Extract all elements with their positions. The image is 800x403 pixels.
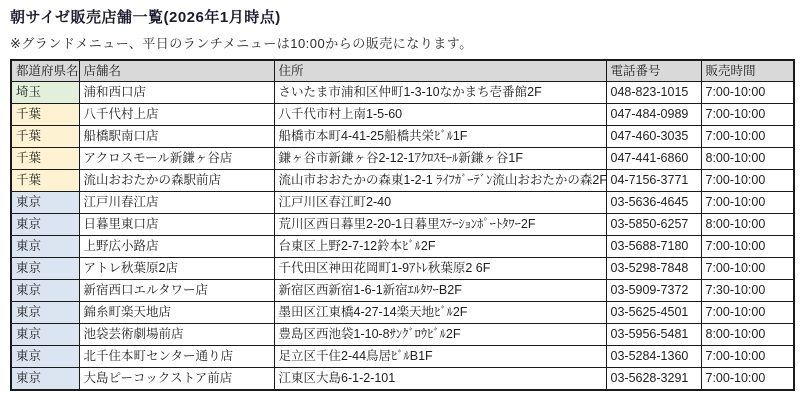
hours-cell: 7:00-10:00 [701, 302, 794, 324]
hours-cell: 7:00-10:00 [701, 236, 794, 258]
store-name-cell: 八千代村上店 [79, 104, 274, 126]
address-cell: 足立区千住2-44鳥居ﾋﾞﾙB1F [274, 346, 606, 368]
store-name-cell: 北千住本町センター通り店 [79, 346, 274, 368]
hours-cell: 8:00-10:00 [701, 324, 794, 346]
table-row: 東京アトレ秋葉原2店千代田区神田花岡町1-9ｱﾄﾚ秋葉原2 6F03-5298-… [11, 258, 794, 280]
hours-cell: 7:00-10:00 [701, 170, 794, 192]
address-cell: 八千代市村上南1-5-60 [274, 104, 606, 126]
column-header-hours: 販売時間 [701, 60, 794, 82]
hours-cell: 7:00-10:00 [701, 368, 794, 391]
phone-cell: 047-484-0989 [606, 104, 701, 126]
store-name-cell: 流山おおたかの森駅前店 [79, 170, 274, 192]
table-row: 東京新宿西口エルタワー店新宿区西新宿1-6-1新宿ｴﾙﾀﾜｰB2F03-5909… [11, 280, 794, 302]
store-name-cell: 錦糸町楽天地店 [79, 302, 274, 324]
prefecture-cell: 東京 [11, 346, 79, 368]
address-cell: 船橋市本町4-41-25船橋共栄ﾋﾞﾙ1F [274, 126, 606, 148]
phone-cell: 03-5298-7848 [606, 258, 701, 280]
hours-cell: 7:00-10:00 [701, 258, 794, 280]
address-cell: 台東区上野2-7-12鈴本ﾋﾞﾙ2F [274, 236, 606, 258]
prefecture-cell: 千葉 [11, 104, 79, 126]
phone-cell: 03-5850-6257 [606, 214, 701, 236]
phone-cell: 03-5636-4645 [606, 192, 701, 214]
prefecture-cell: 東京 [11, 258, 79, 280]
address-cell: 豊島区西池袋1-10-8ｻﾝｸﾞﾛｳﾋﾞﾙ2F [274, 324, 606, 346]
store-name-cell: アトレ秋葉原2店 [79, 258, 274, 280]
store-name-cell: 江戸川春江店 [79, 192, 274, 214]
table-row: 千葉船橋駅南口店船橋市本町4-41-25船橋共栄ﾋﾞﾙ1F047-460-303… [11, 126, 794, 148]
table-row: 東京日暮里東口店荒川区西日暮里2-20-1日暮里ｽﾃｰｼｮﾝﾎﾟｰﾄﾀﾜｰ2F0… [11, 214, 794, 236]
hours-cell: 7:00-10:00 [701, 82, 794, 104]
column-header-phone: 電話番号 [606, 60, 701, 82]
table-body: 埼玉浦和西口店さいたま市浦和区仲町1-3-10なかまち壱番館2F048-823-… [11, 82, 794, 391]
store-name-cell: 大島ピーコックストア前店 [79, 368, 274, 391]
hours-cell: 7:00-10:00 [701, 346, 794, 368]
prefecture-cell: 東京 [11, 368, 79, 391]
table-row: 東京北千住本町センター通り店足立区千住2-44鳥居ﾋﾞﾙB1F03-5284-1… [11, 346, 794, 368]
store-name-cell: 上野広小路店 [79, 236, 274, 258]
prefecture-cell: 千葉 [11, 170, 79, 192]
prefecture-cell: 東京 [11, 280, 79, 302]
phone-cell: 03-5628-3291 [606, 368, 701, 391]
page: 朝サイゼ販売店舗一覧(2026年1月時点) ※グランドメニュー、平日のランチメニ… [0, 0, 800, 403]
phone-cell: 03-5625-4501 [606, 302, 701, 324]
address-cell: 江戸川区春江町2-40 [274, 192, 606, 214]
prefecture-cell: 東京 [11, 192, 79, 214]
phone-cell: 03-5284-1360 [606, 346, 701, 368]
table-row: 千葉八千代村上店八千代市村上南1-5-60047-484-09897:00-10… [11, 104, 794, 126]
table-row: 東京大島ピーコックストア前店江東区大島6-1-2-10103-5628-3291… [11, 368, 794, 391]
phone-cell: 03-5909-7372 [606, 280, 701, 302]
address-cell: 荒川区西日暮里2-20-1日暮里ｽﾃｰｼｮﾝﾎﾟｰﾄﾀﾜｰ2F [274, 214, 606, 236]
store-name-cell: 日暮里東口店 [79, 214, 274, 236]
phone-cell: 03-5688-7180 [606, 236, 701, 258]
address-cell: 新宿区西新宿1-6-1新宿ｴﾙﾀﾜｰB2F [274, 280, 606, 302]
phone-cell: 047-441-6860 [606, 148, 701, 170]
table-row: 東京池袋芸術劇場前店豊島区西池袋1-10-8ｻﾝｸﾞﾛｳﾋﾞﾙ2F03-5956… [11, 324, 794, 346]
table-row: 埼玉浦和西口店さいたま市浦和区仲町1-3-10なかまち壱番館2F048-823-… [11, 82, 794, 104]
address-cell: 鎌ヶ谷市新鎌ヶ谷2-12-1ｱｸﾛｽﾓｰﾙ新鎌ヶ谷1F [274, 148, 606, 170]
phone-cell: 04-7156-3771 [606, 170, 701, 192]
hours-cell: 7:00-10:00 [701, 104, 794, 126]
store-name-cell: 船橋駅南口店 [79, 126, 274, 148]
store-name-cell: 浦和西口店 [79, 82, 274, 104]
prefecture-cell: 千葉 [11, 148, 79, 170]
hours-cell: 8:00-10:00 [701, 214, 794, 236]
table-row: 千葉流山おおたかの森駅前店流山市おおたかの森東1-2-1 ﾗｲﾌｶﾞｰﾃﾞﾝ流山… [11, 170, 794, 192]
phone-cell: 03-5956-5481 [606, 324, 701, 346]
address-cell: 千代田区神田花岡町1-9ｱﾄﾚ秋葉原2 6F [274, 258, 606, 280]
column-header-address: 住所 [274, 60, 606, 82]
prefecture-cell: 千葉 [11, 126, 79, 148]
address-cell: 流山市おおたかの森東1-2-1 ﾗｲﾌｶﾞｰﾃﾞﾝ流山おおたかの森2F [274, 170, 606, 192]
column-header-prefecture: 都道府県名 [11, 60, 79, 82]
hours-cell: 7:30-10:00 [701, 280, 794, 302]
table-row: 千葉アクロスモール新鎌ヶ谷店鎌ヶ谷市新鎌ヶ谷2-12-1ｱｸﾛｽﾓｰﾙ新鎌ヶ谷1… [11, 148, 794, 170]
phone-cell: 047-460-3035 [606, 126, 701, 148]
table-row: 東京錦糸町楽天地店墨田区江東橋4-27-14楽天地ﾋﾞﾙ2F03-5625-45… [11, 302, 794, 324]
prefecture-cell: 東京 [11, 324, 79, 346]
sales-note: ※グランドメニュー、平日のランチメニューは10:00からの販売になります。 [10, 33, 792, 52]
hours-cell: 8:00-10:00 [701, 148, 794, 170]
page-title: 朝サイゼ販売店舗一覧(2026年1月時点) [10, 6, 792, 27]
prefecture-cell: 埼玉 [11, 82, 79, 104]
hours-cell: 7:00-10:00 [701, 126, 794, 148]
store-name-cell: 池袋芸術劇場前店 [79, 324, 274, 346]
address-cell: さいたま市浦和区仲町1-3-10なかまち壱番館2F [274, 82, 606, 104]
phone-cell: 048-823-1015 [606, 82, 701, 104]
address-cell: 江東区大島6-1-2-101 [274, 368, 606, 391]
store-name-cell: アクロスモール新鎌ヶ谷店 [79, 148, 274, 170]
store-name-cell: 新宿西口エルタワー店 [79, 280, 274, 302]
store-table: 都道府県名店舗名住所電話番号販売時間 埼玉浦和西口店さいたま市浦和区仲町1-3-… [10, 59, 795, 391]
column-header-store: 店舗名 [79, 60, 274, 82]
prefecture-cell: 東京 [11, 236, 79, 258]
table-row: 東京江戸川春江店江戸川区春江町2-4003-5636-46457:00-10:0… [11, 192, 794, 214]
table-row: 東京上野広小路店台東区上野2-7-12鈴本ﾋﾞﾙ2F03-5688-71807:… [11, 236, 794, 258]
prefecture-cell: 東京 [11, 214, 79, 236]
hours-cell: 7:00-10:00 [701, 192, 794, 214]
address-cell: 墨田区江東橋4-27-14楽天地ﾋﾞﾙ2F [274, 302, 606, 324]
prefecture-cell: 東京 [11, 302, 79, 324]
table-header-row: 都道府県名店舗名住所電話番号販売時間 [11, 60, 794, 82]
